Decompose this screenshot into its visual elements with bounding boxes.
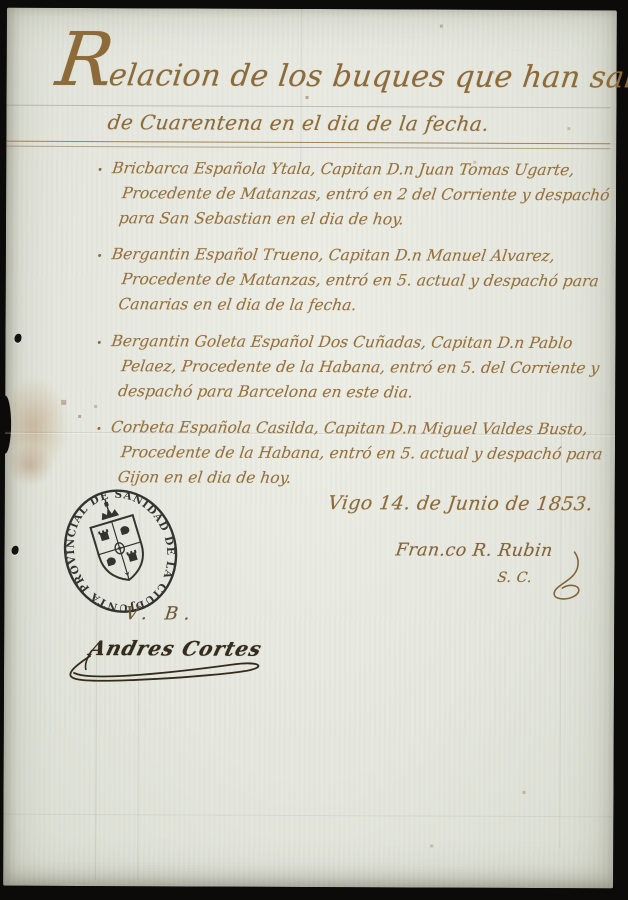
page-title: Relacion de los buques que han salido: [53, 54, 628, 101]
dateline: Vigo 14. de Junio de 1853.: [327, 492, 594, 515]
ship-entry: Corbeta Española Casilda, Capitan D.n Mi…: [88, 415, 613, 492]
signature-rubric-flourish: [544, 550, 586, 602]
ink-specks: [7, 8, 8, 9]
ruled-line: [6, 105, 610, 109]
visto-bueno: V. B.: [124, 603, 197, 624]
ship-entry: Bricbarca Española Ytala, Capitan D.n Ju…: [89, 156, 614, 233]
approval-signature-block: Andres Cortes: [62, 626, 277, 689]
page-subtitle: de Cuarentena en el dia de la fecha.: [106, 110, 490, 136]
official-signature: Fran.co R. Rubin: [395, 540, 554, 561]
ship-entry: Bergantin Español Trueno, Capitan D.n Ma…: [89, 242, 614, 319]
paper-stain-small: [7, 446, 53, 486]
ship-entries: Bricbarca Española Ytala, Capitan D.n Ju…: [93, 156, 611, 504]
fold-crease: [95, 528, 98, 880]
double-rule: [6, 141, 610, 150]
scanned-document: Relacion de los buques que han salido de…: [0, 0, 628, 900]
paper-hole: [12, 546, 19, 555]
paper-hole: [14, 334, 21, 343]
approval-signature: Andres Cortes: [87, 636, 265, 661]
document-page: Relacion de los buques que han salido de…: [3, 8, 617, 889]
stamp-shield: [91, 515, 151, 586]
signature-note: S. C.: [496, 570, 533, 586]
ship-entry: Bergantin Goleta Español Dos Cuñadas, Ca…: [89, 329, 614, 406]
fold-crease: [137, 508, 140, 880]
